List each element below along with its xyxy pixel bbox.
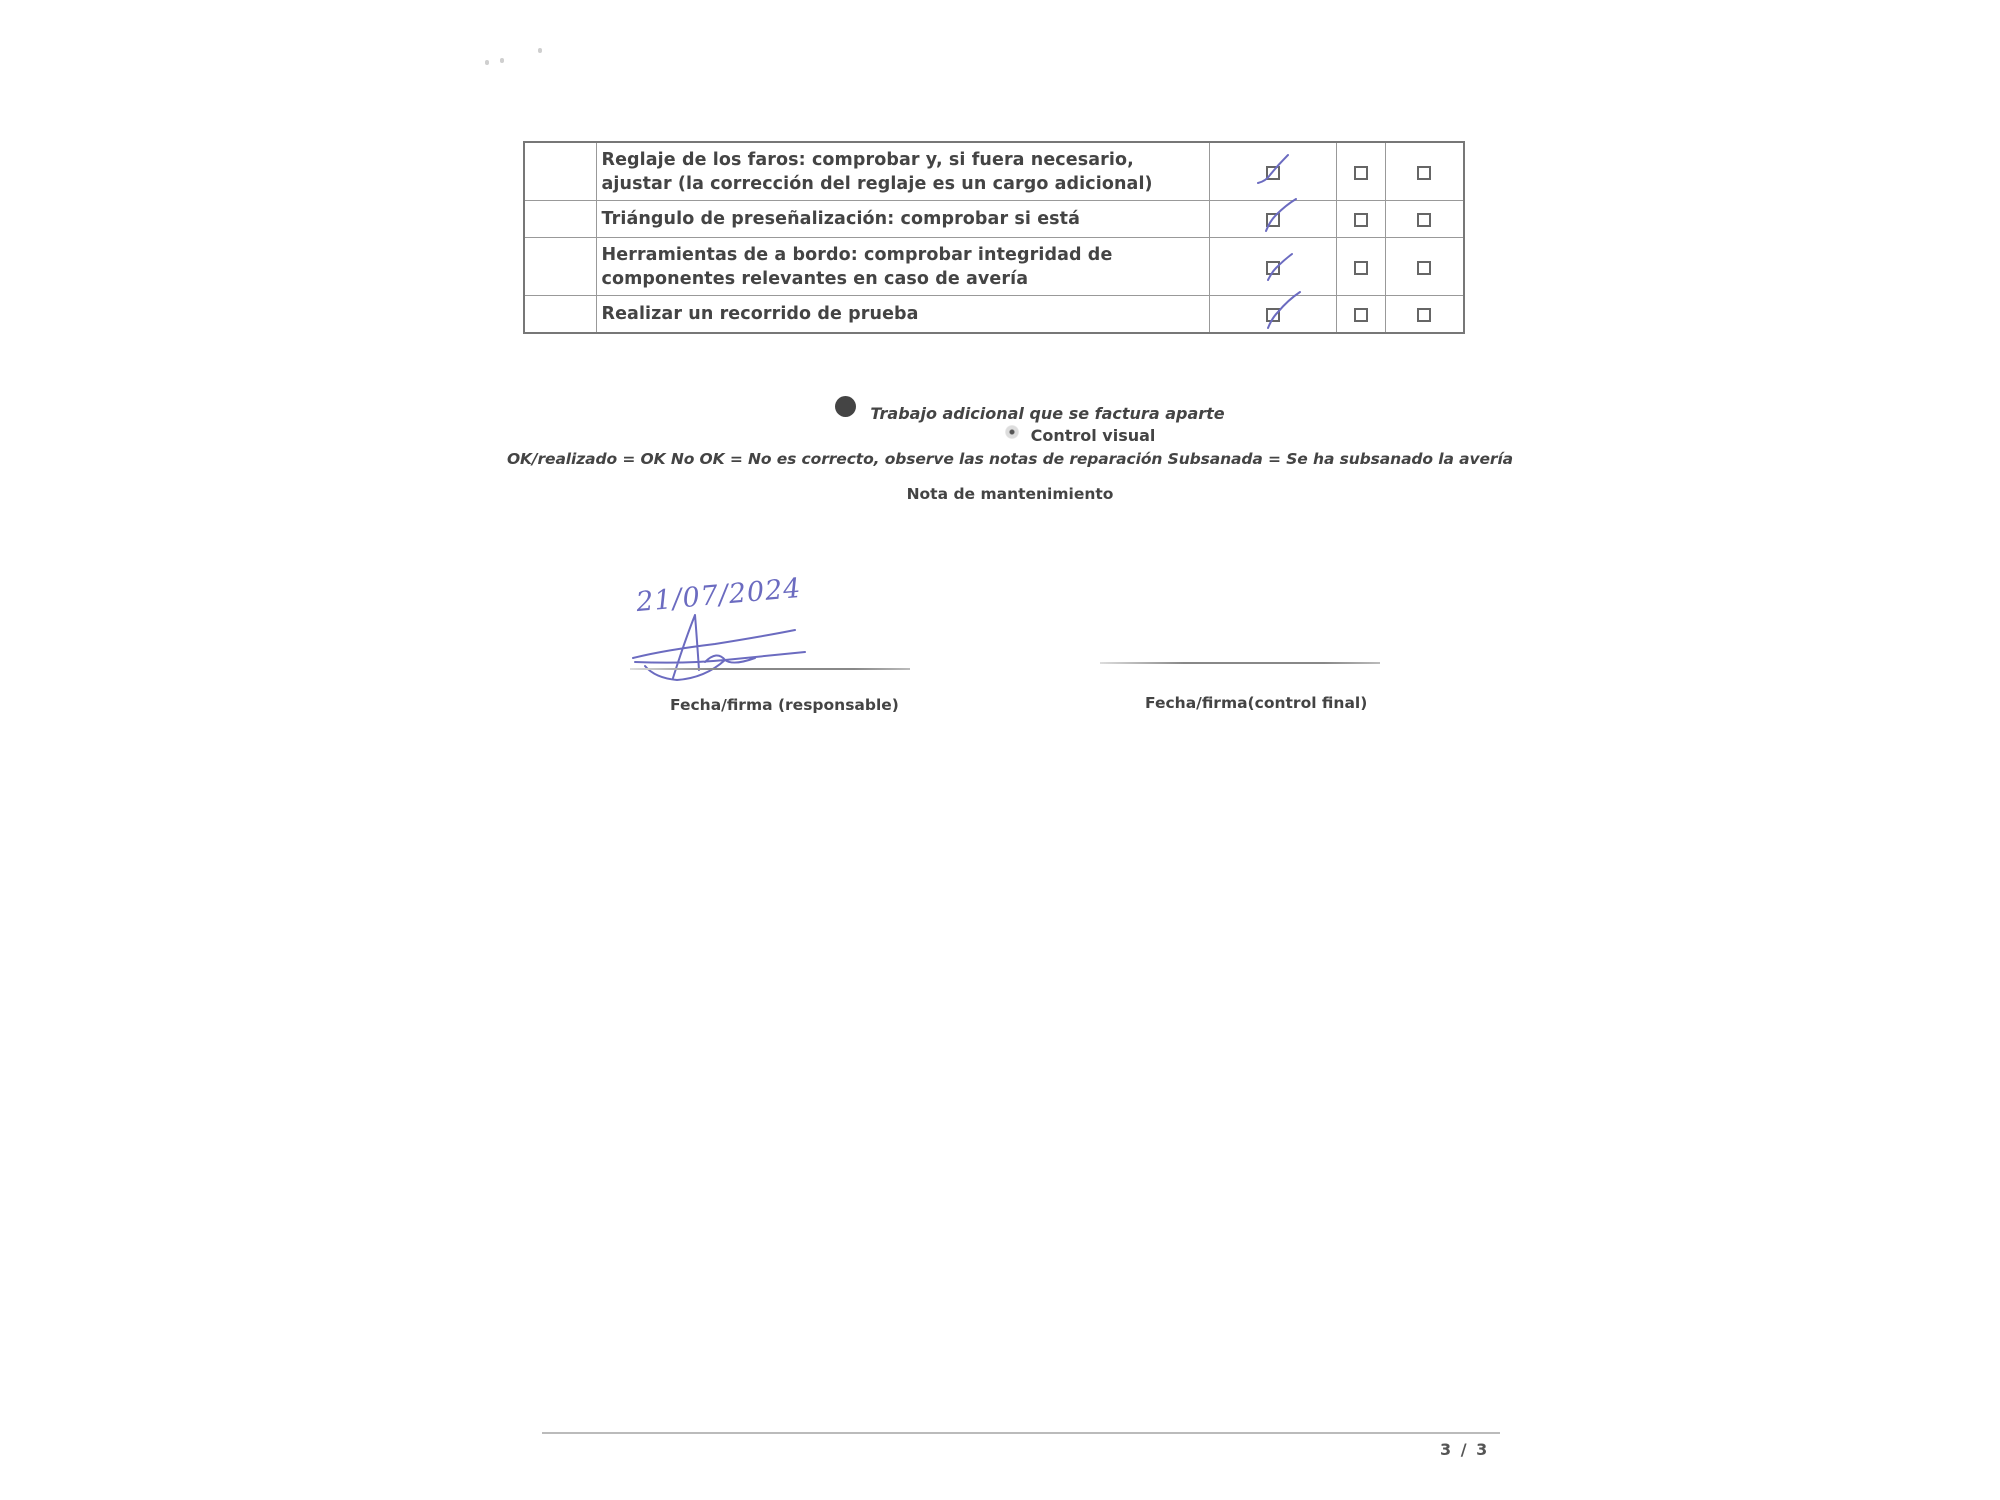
not-ok-checkbox[interactable] xyxy=(1354,166,1368,180)
footer-divider xyxy=(542,1432,1500,1434)
handwritten-signature xyxy=(625,600,825,690)
fixed-checkbox[interactable] xyxy=(1417,213,1431,227)
ok-checkbox[interactable] xyxy=(1266,166,1280,180)
item-description: Triángulo de preseñalización: comprobar … xyxy=(596,201,1209,238)
ok-checkbox[interactable] xyxy=(1266,213,1280,227)
item-description: Realizar un recorrido de prueba xyxy=(596,296,1209,334)
fixed-cell xyxy=(1385,238,1464,296)
ok-cell xyxy=(1209,238,1336,296)
fixed-cell xyxy=(1385,142,1464,201)
ok-checkbox[interactable] xyxy=(1266,308,1280,322)
maintenance-note-title: Nota de mantenimiento xyxy=(0,485,2000,503)
scan-artifact xyxy=(485,60,489,65)
not-ok-checkbox[interactable] xyxy=(1354,261,1368,275)
ok-cell xyxy=(1209,201,1336,238)
not-ok-checkbox[interactable] xyxy=(1354,308,1368,322)
item-description: Reglaje de los faros: comprobar y, si fu… xyxy=(596,142,1209,201)
legend-visual-check: Control visual xyxy=(0,425,2000,445)
filled-circle-icon xyxy=(835,396,856,417)
eye-icon xyxy=(1005,425,1019,439)
not-ok-cell xyxy=(1336,201,1385,238)
scan-artifact xyxy=(500,58,504,63)
not-ok-cell xyxy=(1336,296,1385,334)
ok-checkbox[interactable] xyxy=(1266,261,1280,275)
signature-line-final-control[interactable] xyxy=(1100,662,1380,664)
table-row: Triángulo de preseñalización: comprobar … xyxy=(524,201,1464,238)
table-row: Reglaje de los faros: comprobar y, si fu… xyxy=(524,142,1464,201)
signature-line-responsible xyxy=(630,668,910,670)
fixed-cell xyxy=(1385,296,1464,334)
table-row: Realizar un recorrido de prueba xyxy=(524,296,1464,334)
not-ok-cell xyxy=(1336,238,1385,296)
fixed-checkbox[interactable] xyxy=(1417,308,1431,322)
signature-label-final-control: Fecha/firma(control final) xyxy=(1145,694,1367,712)
inspection-checklist-table: Reglaje de los faros: comprobar y, si fu… xyxy=(523,141,1465,334)
ok-cell xyxy=(1209,296,1336,334)
not-ok-cell xyxy=(1336,142,1385,201)
marker-cell xyxy=(524,142,596,201)
legend-status-key: OK/realizado = OK No OK = No es correcto… xyxy=(0,450,2000,468)
table-row: Herramientas de a bordo: comprobar integ… xyxy=(524,238,1464,296)
page-number: 3 / 3 xyxy=(1440,1440,1489,1459)
legend-additional-work: Trabajo adicional que se factura aparte xyxy=(0,396,2000,423)
scan-artifact xyxy=(538,48,542,53)
item-description: Herramientas de a bordo: comprobar integ… xyxy=(596,238,1209,296)
ok-cell xyxy=(1209,142,1336,201)
signature-label-responsible: Fecha/firma (responsable) xyxy=(670,696,899,714)
fixed-checkbox[interactable] xyxy=(1417,166,1431,180)
fixed-checkbox[interactable] xyxy=(1417,261,1431,275)
legend-visual-check-text: Control visual xyxy=(1031,426,1156,445)
not-ok-checkbox[interactable] xyxy=(1354,213,1368,227)
marker-cell xyxy=(524,201,596,238)
marker-cell xyxy=(524,238,596,296)
fixed-cell xyxy=(1385,201,1464,238)
marker-cell xyxy=(524,296,596,334)
document-page: Reglaje de los faros: comprobar y, si fu… xyxy=(0,0,2000,1500)
legend-additional-work-text: Trabajo adicional que se factura aparte xyxy=(870,404,1224,423)
